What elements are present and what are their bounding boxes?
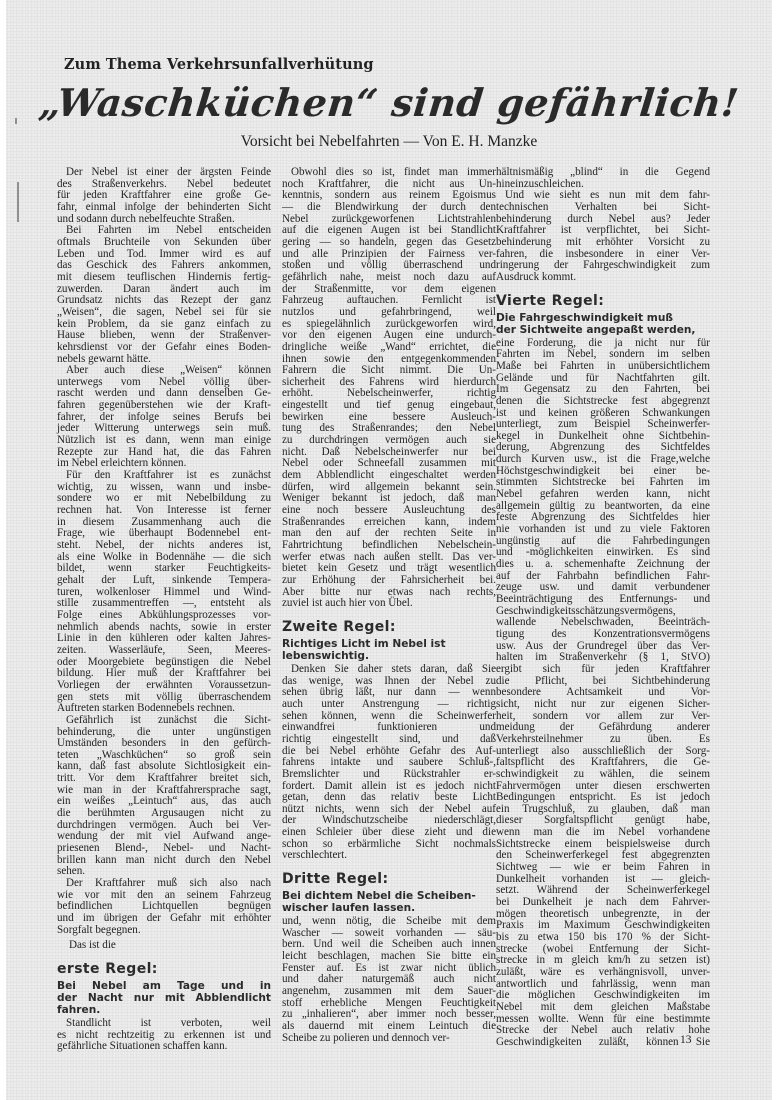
text-line: brillen kann man nicht durch den Nebel bbox=[57, 855, 271, 867]
text-line: schwindigkeit zu wählen, die seinem bbox=[496, 769, 710, 781]
text-line: nie vorhanden ist und zu viele Faktoren bbox=[496, 524, 710, 536]
article-headline: „Waschküchen“ sind gefährlich! bbox=[4, 80, 775, 125]
text-line: gefährliche Situationen schaffen kann. bbox=[57, 1041, 271, 1053]
text-line: ergibt sich für jeden Kraftfahrer bbox=[496, 664, 710, 676]
text-line: rechnen hat. Von Interesse ist ferner bbox=[57, 505, 271, 517]
rule-heading: Dritte Regel: bbox=[282, 871, 496, 887]
text-line: zuläßt, wäre es verhängnisvoll, unver- bbox=[496, 967, 710, 979]
text-line: hältnismäßig „blind“ in die Gegend bbox=[496, 167, 710, 179]
text-line: sicht, nicht nur zur eigenen Sicher- bbox=[496, 699, 710, 711]
text-line: behinderung mit erhöhter Vorsicht zu bbox=[496, 237, 710, 249]
text-line: Fahrtrichtung befindlichen Nebelschein- bbox=[282, 540, 496, 552]
text-line: verschlechtert. bbox=[282, 850, 496, 862]
lead-in-text: Das ist die bbox=[57, 940, 271, 952]
text-line: Verkehrsteilnehmer zu üben. Es bbox=[496, 734, 710, 746]
rule-subheading: Die Fahrgeschwindigkeit muß bbox=[496, 312, 710, 324]
scan-artifact bbox=[17, 182, 19, 222]
text-line: zur Erhöhung der Fahrsicherheit bei. bbox=[282, 575, 496, 587]
text-line: steht. Nebel, der nichts anderes ist, bbox=[57, 540, 271, 552]
text-line: Ausdruck kommt. bbox=[496, 272, 710, 284]
rule-subheading: lebenswichtig. bbox=[282, 650, 496, 662]
text-line: Beeinträchtigung des Entfernungs- und bbox=[496, 594, 710, 606]
text-line: und im übrigen der Gefahr mit erhöhter bbox=[57, 913, 271, 925]
text-line: Folge eines Abkühlungsprozesses vor- bbox=[57, 610, 271, 622]
text-line: technischen Verhalten bei Sicht- bbox=[496, 202, 710, 214]
text-line: dies u. a. schemenhafte Zeichnung der bbox=[496, 559, 710, 571]
text-line: Der Nebel ist einer der ärgsten Feinde bbox=[57, 167, 271, 179]
rule-heading: Vierte Regel: bbox=[496, 293, 710, 309]
rule-subheading: der Sichtweite angepaßt werden, bbox=[496, 324, 710, 336]
text-line: bei Dunkelheit je nach dem Fahrver- bbox=[496, 897, 710, 909]
rule-subheading: fahren. bbox=[57, 1004, 271, 1016]
rule-subheading: Bei Nebel am Tage und in bbox=[57, 980, 271, 992]
text-line: denen die Sichtstrecke fest abgegrenzt bbox=[496, 396, 710, 408]
rule-heading: Zweite Regel: bbox=[282, 619, 496, 635]
text-line: Obwohl dies so ist, findet man immer bbox=[282, 167, 496, 179]
text-line: Gefährlich ist zunächst die Sicht- bbox=[57, 715, 271, 727]
text-line: priesenen Blend-, Nebel- und Nacht- bbox=[57, 843, 271, 855]
text-line: zu durchdringen vermögen auch sie bbox=[282, 435, 496, 447]
text-line: eine noch bessere Ausleuchtung des bbox=[282, 505, 496, 517]
text-line: Nützlich ist es dann, wenn man einige bbox=[57, 435, 271, 447]
text-line: Sorgfalt begegnen. bbox=[57, 925, 271, 937]
text-line: Scheibe zu polieren und dennoch ver- bbox=[282, 1033, 496, 1045]
rule-subheading: der Nacht nur mit Abblendlicht bbox=[57, 992, 271, 1004]
text-line: dem Abblendlicht eingeschaltet werden bbox=[282, 470, 496, 482]
text-line: Für den Kraftfahrer ist es zunächst bbox=[57, 470, 271, 482]
text-line: — die Blendwirkung der durch den bbox=[282, 202, 496, 214]
text-line: mit diesem teuflischen Hindernis fertig- bbox=[57, 272, 271, 284]
text-line: „Weisen“, die sagen, Nebel sei für sie bbox=[57, 307, 271, 319]
rule-subheading: Richtiges Licht im Nebel ist bbox=[282, 638, 496, 650]
text-line: dringliche weiße „Wand“ errichtet, die bbox=[282, 342, 496, 354]
text-line: angenehm, zusammen mit dem Sauer- bbox=[282, 986, 496, 998]
text-line: zuviel ist auch hier von Übel. bbox=[282, 598, 496, 610]
text-line: leicht beschlagen, machen Sie bitte ein bbox=[282, 951, 496, 963]
rule-subheading: wischer laufen lassen. bbox=[282, 902, 496, 914]
page-number: 13 bbox=[680, 1034, 692, 1046]
text-line: die berühmten Argusaugen nicht zu bbox=[57, 808, 271, 820]
text-line: als dauernd mit einem Leintuch die bbox=[282, 1021, 496, 1033]
text-line: Der Kraftfahrer muß sich also nach bbox=[57, 878, 271, 890]
text-line: gefährlich nahe, meist noch dazu auf bbox=[282, 272, 496, 284]
text-line: Standlicht ist verboten, weil bbox=[57, 1018, 271, 1030]
text-line: Sichtweg — wie er beim Fahren in bbox=[496, 862, 710, 874]
text-column-1: Der Nebel ist einer der ärgsten Feindede… bbox=[57, 167, 271, 1053]
text-line: Maße bei Fahrten in unübersichtlichem bbox=[496, 361, 710, 373]
text-line: Bremslichter und Rückstrahler er- bbox=[282, 769, 496, 781]
rule-heading: erste Regel: bbox=[57, 961, 271, 977]
text-line: bis zu etwa 150 bis 170 % der Sicht- bbox=[496, 932, 710, 944]
article-subtitle: Vorsicht bei Nebelfahrten — Von E. H. Ma… bbox=[6, 133, 772, 151]
text-line: gering — so handeln, gegen das Gesetz bbox=[282, 237, 496, 249]
text-line: oftmals Bruchteile von Sekunden über bbox=[57, 237, 271, 249]
rule-subheading: Bei dichtem Nebel die Scheiben- bbox=[282, 890, 496, 902]
text-line: auch unter Anstrengung — richtig bbox=[282, 699, 496, 711]
text-line: gehalt der Luft, sinkende Tempera- bbox=[57, 575, 271, 587]
text-line: Denken Sie daher stets daran, daß Sie bbox=[282, 664, 496, 676]
text-line: Geschwindigkeiten zuläßt, können Sie bbox=[496, 1037, 710, 1049]
text-column-3: hältnismäßig „blind“ in die Gegendhinein… bbox=[496, 167, 710, 1049]
text-line: fahr, einmal infolge der behinderten Sic… bbox=[57, 202, 271, 214]
text-line: kehrsdienst vor der Gefahr eines Boden- bbox=[57, 342, 271, 354]
text-line: zeiten. Wasserläufe, Seen, Meeres- bbox=[57, 645, 271, 657]
text-line: tigung des Konzentrationsvermögens bbox=[496, 629, 710, 641]
newspaper-page: Zum Thema Verkehrsunfallverhütung „Wasch… bbox=[6, 0, 772, 1100]
article-kicker: Zum Thema Verkehrsunfallverhütung bbox=[64, 56, 374, 73]
text-line: und, wenn nötig, die Scheibe mit dem bbox=[282, 916, 496, 928]
text-line: Nebel mit dem gleichen Maßstabe bbox=[496, 1002, 710, 1014]
text-line: nutzlos und gefahrbringend, weil bbox=[282, 307, 496, 319]
text-column-2: Obwohl dies so ist, findet man immernoch… bbox=[282, 167, 496, 1044]
text-line: Vorliegen der erwähnten Voraussetzun- bbox=[57, 680, 271, 692]
text-line: Nebel gefahren werden kann, nicht bbox=[496, 489, 710, 501]
text-line: richtig eingestellt sind, und daß bbox=[282, 734, 496, 746]
